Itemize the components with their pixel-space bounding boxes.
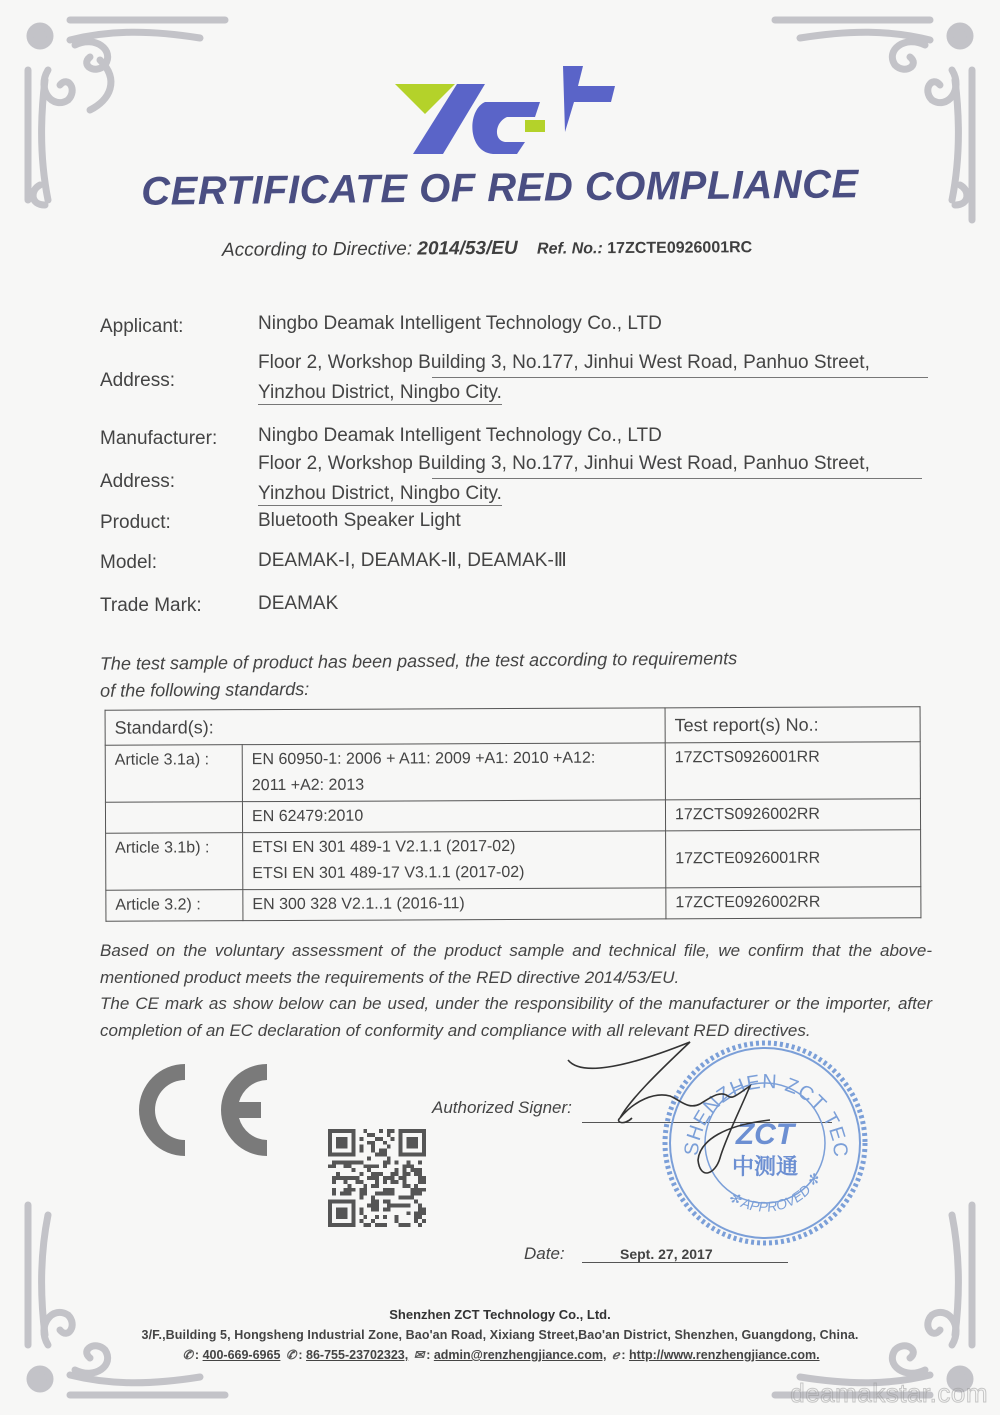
ref-number: Ref. No.: 17ZCTE0926001RC: [537, 239, 752, 258]
report-cell: 17ZCTE0926001RR: [666, 830, 921, 888]
footer-phone-2[interactable]: 86-755-23702323,: [306, 1348, 408, 1362]
standard-line: ETSI EN 301 489-17 V3.1.1 (2017-02): [252, 859, 656, 887]
table-row: EN 62479:2010 17ZCTS0926002RR: [105, 799, 920, 834]
standard-line: ETSI EN 301 489-1 V2.1.1 (2017-02): [252, 833, 656, 861]
directive-value: 2014/53/EU: [417, 238, 518, 260]
directive-label: According to Directive:: [222, 239, 412, 261]
address-line-2: Yinzhou District, Ningbo City.: [258, 483, 502, 506]
applicant-label: Applicant:: [100, 316, 183, 338]
manufacturer-label: Manufacturer:: [100, 428, 217, 450]
underline: [432, 377, 928, 378]
underline: [432, 478, 922, 479]
address-line-2: Yinzhou District, Ningbo City.: [258, 382, 502, 405]
model-value: DEAMAK-Ⅰ, DEAMAK-Ⅱ, DEAMAK-Ⅲ: [258, 549, 567, 572]
article-cell: [105, 802, 242, 834]
date-value: Sept. 27, 2017: [582, 1246, 788, 1263]
report-cell: 17ZCTS0926001RR: [665, 742, 920, 800]
directive-line: According to Directive: 2014/53/EU Ref. …: [222, 236, 752, 262]
standard-line: EN 60950-1: 2006 + A11: 2009 +A1: 2010 +…: [252, 745, 656, 773]
table-row: Article 3.2) : EN 300 328 V2.1..1 (2016-…: [106, 887, 921, 922]
signature: [560, 1030, 830, 1210]
address-text: Floor 2, Workshop Building 3, No.177, Ji…: [258, 352, 870, 373]
address-line-1: Floor 2, Workshop Building 3, No.177, Ji…: [258, 352, 928, 374]
footer-contacts: ✆: 400-669-6965 ✆: 86-755-23702323, ✉: a…: [0, 1347, 1000, 1362]
date-label: Date:: [524, 1244, 565, 1264]
article-cell: Article 3.1b) :: [106, 833, 243, 891]
footer-website[interactable]: http://www.renzhengjiance.com.: [629, 1348, 820, 1362]
ref-value: 17ZCTE0926001RC: [607, 239, 752, 257]
footer-address: 3/F.,Building 5, Hongsheng Industrial Zo…: [0, 1328, 1000, 1342]
intro-line-1: The test sample of product has been pass…: [100, 645, 738, 678]
report-cell: 17ZCTS0926002RR: [665, 799, 920, 831]
web-icon: ℯ: [612, 1348, 619, 1362]
phone-icon: ✆: [182, 1348, 192, 1362]
footer-company: Shenzhen ZCT Technology Co., Ltd.: [0, 1307, 1000, 1322]
standard-line: 2011 +A2: 2013: [252, 771, 656, 799]
standards-table: Standard(s): Test report(s) No.: Article…: [105, 706, 922, 922]
product-label: Product:: [100, 512, 171, 534]
table-row: Article 3.1b) : ETSI EN 301 489-1 V2.1.1…: [106, 830, 921, 891]
product-value: Bluetooth Speaker Light: [258, 510, 461, 532]
address-label: Address:: [100, 471, 175, 493]
qr-code-icon: [328, 1128, 426, 1228]
applicant-value: Ningbo Deamak Intelligent Technology Co.…: [258, 313, 662, 335]
watermark: deamakstar.com: [790, 1378, 988, 1409]
report-cell: 17ZCTE0926002RR: [666, 887, 921, 919]
article-cell: Article 3.1a) :: [105, 745, 242, 803]
header-standards: Standard(s):: [105, 708, 665, 745]
table-header-row: Standard(s): Test report(s) No.:: [105, 707, 920, 746]
footer-email[interactable]: admin@renzhengjiance.com,: [434, 1348, 607, 1362]
address-label: Address:: [100, 370, 175, 392]
ce-mark-icon: [133, 1060, 273, 1160]
ref-label: Ref. No.:: [537, 240, 603, 257]
header-reports: Test report(s) No.:: [665, 707, 920, 743]
confirmation-text: Based on the voluntary assessment of the…: [100, 938, 932, 1044]
footer-phone-1[interactable]: 400-669-6965: [203, 1348, 281, 1362]
address-line-1: Floor 2, Workshop Building 3, No.177, Ji…: [258, 453, 870, 475]
confirmation-para-1: Based on the voluntary assessment of the…: [100, 938, 932, 991]
article-cell: Article 3.2) :: [106, 890, 243, 922]
phone-icon: ✆: [286, 1348, 296, 1362]
authorized-signer-label: Authorized Signer:: [432, 1098, 572, 1118]
table-row: Article 3.1a) : EN 60950-1: 2006 + A11: …: [105, 742, 920, 803]
trademark-value: DEAMAK: [258, 593, 338, 615]
zct-logo: [385, 62, 625, 162]
trademark-label: Trade Mark:: [100, 595, 202, 617]
intro-line-2: of the following standards:: [100, 672, 738, 705]
manufacturer-value: Ningbo Deamak Intelligent Technology Co.…: [258, 425, 662, 447]
email-icon: ✉: [414, 1348, 424, 1362]
model-label: Model:: [100, 552, 157, 574]
corner-ornament-bottom-left: [0, 1185, 230, 1415]
intro-text: The test sample of product has been pass…: [100, 645, 738, 705]
standard-cell: ETSI EN 301 489-1 V2.1.1 (2017-02) ETSI …: [243, 831, 666, 890]
standard-cell: EN 62479:2010: [242, 800, 665, 833]
standard-cell: EN 300 328 V2.1..1 (2016-11): [243, 888, 666, 921]
standard-cell: EN 60950-1: 2006 + A11: 2009 +A1: 2010 +…: [242, 743, 665, 802]
